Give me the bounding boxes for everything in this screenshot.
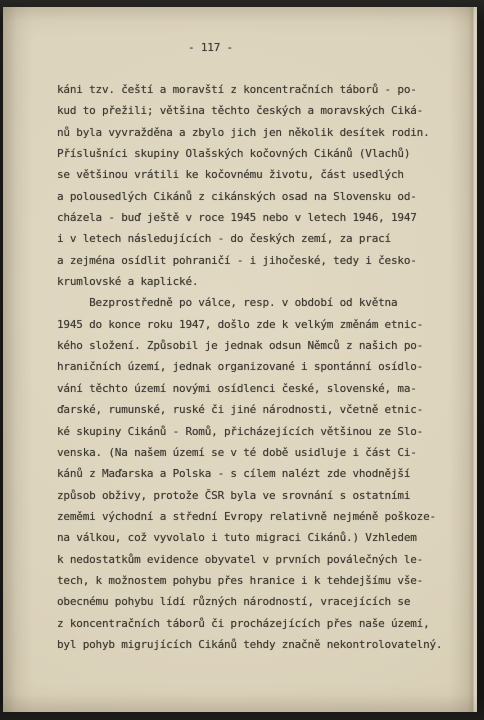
- text-line: venska. (Na našem území se v té době usi…: [57, 442, 471, 463]
- text-line: kánů z Maďarska a Polska - s cílem naléz…: [57, 463, 471, 484]
- text-line: obecnému pohybu lídí různých národností,…: [57, 591, 471, 612]
- text-line: Bezprostředně po válce, resp. v období o…: [57, 292, 471, 313]
- text-line: nů byla vyvražděna a zbylo jich jen něko…: [57, 122, 471, 143]
- text-line: ďarské, rumunské, ruské či jiné národnos…: [57, 399, 471, 420]
- text-line: byl pohyb migrujících Cikánů tehdy značn…: [57, 634, 471, 655]
- text-line: k nedostatkům evidence obyvatel v prvníc…: [57, 549, 471, 570]
- text-line: i v letech následujících - do českých ze…: [57, 228, 471, 249]
- text-line: tech, k možnostem pohybu přes hranice i …: [57, 570, 471, 591]
- page-number: - 117 -: [188, 37, 233, 58]
- text-line: Příslušníci skupiny Olašských kočovných …: [57, 143, 471, 164]
- text-line: a polousedlých Cikánů z cikánských osad …: [57, 186, 471, 207]
- text-line: z koncentračních táborů či procházejícíc…: [57, 613, 471, 634]
- text-line: kého složení. Způsobil je jednak odsun N…: [57, 335, 471, 356]
- paper: - 117 - káni tzv. čeští a moravští z kon…: [3, 7, 477, 712]
- text-line: 1945 do konce roku 1947, došlo zde k vel…: [57, 314, 471, 335]
- text-line: na válkou, což vyvolalo i tuto migraci C…: [57, 527, 471, 548]
- scanned-page-frame: - 117 - káni tzv. čeští a moravští z kon…: [0, 0, 484, 720]
- text-line: káni tzv. čeští a moravští z koncentračn…: [57, 79, 471, 100]
- text-line: a zejména osídlit pohraničí - i jihočesk…: [57, 250, 471, 271]
- text-line: kud to přežili; většina těchto českých a…: [57, 100, 471, 121]
- text-line: ké skupiny Cikánů - Romů, přicházejících…: [57, 421, 471, 442]
- text-line: se většinou vrátili ke kočovnému životu,…: [57, 164, 471, 185]
- text-line: zeměmi východní a střední Evropy relativ…: [57, 506, 471, 527]
- body-text: káni tzv. čeští a moravští z koncentračn…: [57, 79, 471, 655]
- text-line: způsob obživy, protože ČSR byla ve srovn…: [57, 485, 471, 506]
- text-line: vání těchto území novými osídlenci české…: [57, 378, 471, 399]
- text-line: cházela - buď ještě v roce 1945 nebo v l…: [57, 207, 471, 228]
- text-line: krumlovské a kaplické.: [57, 271, 471, 292]
- text-line: hraničních území, jednak organizované i …: [57, 356, 471, 377]
